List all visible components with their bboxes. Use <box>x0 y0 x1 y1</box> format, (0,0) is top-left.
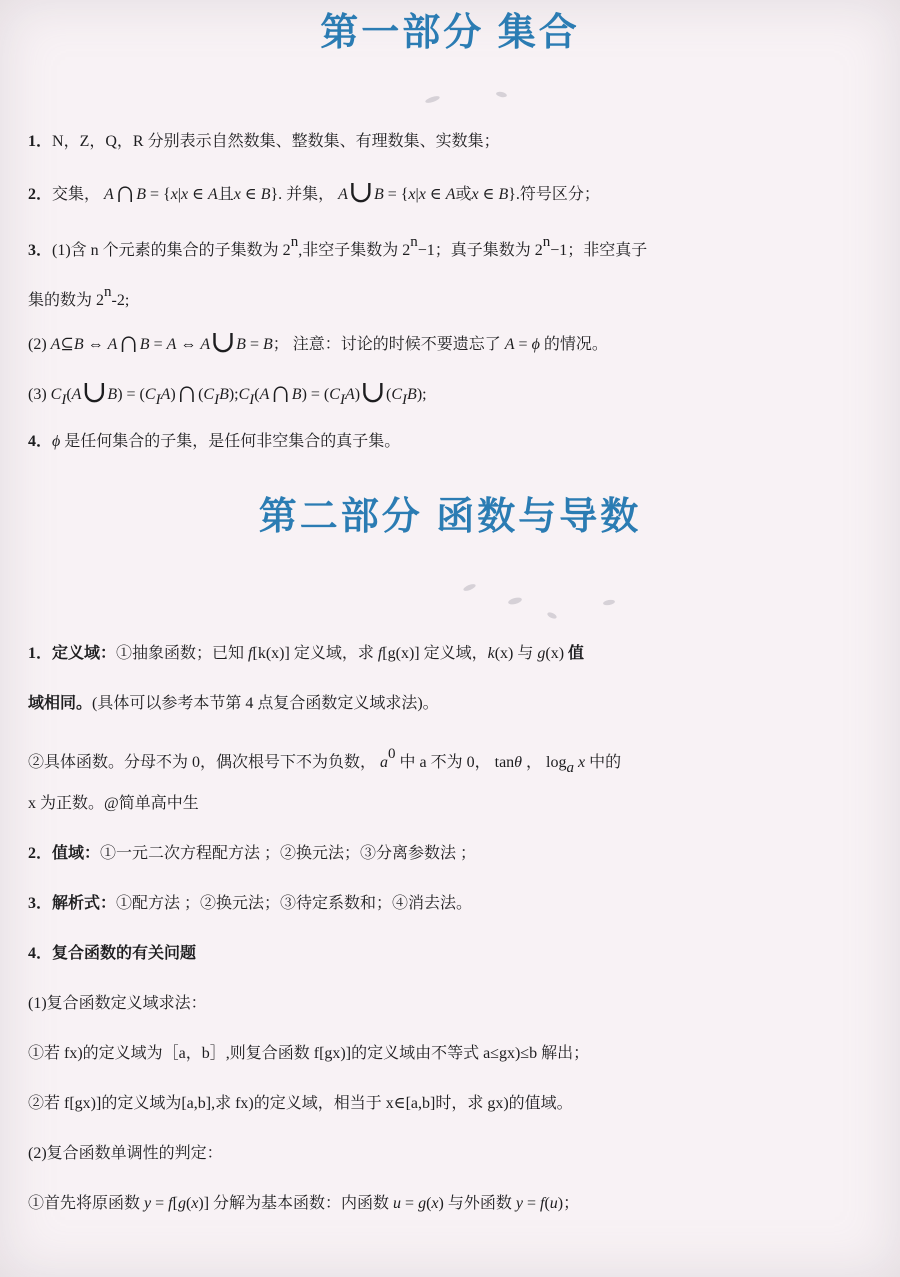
ink-smudge-artifact <box>546 611 557 620</box>
ink-smudge-artifact <box>603 599 616 606</box>
text-line: 4．复合函数的有关问题 <box>28 938 872 970</box>
text-line: 1．N，Z，Q，R 分别表示自然数集、整数集、有理数集、实数集； <box>28 126 872 158</box>
text-line: 2．值域：①一元二次方程配方法 ；②换元法；③分离参数法 ； <box>28 838 872 870</box>
text-line: ②具体函数。分母不为 0，偶次根号下不为负数， a0 中 a 不为 0， tan… <box>28 738 872 770</box>
text-line: 2．交集， A∩B = {x|x ∈ A且x ∈ B}. 并集， A∪B = {… <box>28 176 872 208</box>
text-line: ①首先将原函数 y = f[g(x)] 分解为基本函数：内函数 u = g(x)… <box>28 1188 872 1220</box>
section-2-body: 1．定义域：①抽象函数；已知 f[k(x)] 定义域，求 f[g(x)] 定义域… <box>28 638 872 1220</box>
ink-smudge-artifact <box>496 91 508 98</box>
text-line: 1．定义域：①抽象函数；已知 f[k(x)] 定义域，求 f[g(x)] 定义域… <box>28 638 872 670</box>
text-line: ①若 fx)的定义域为［a，b］,则复合函数 f[gx)]的定义域由不等式 a≤… <box>28 1038 872 1070</box>
section-2-title: 第二部分 函数与导数 <box>28 494 872 540</box>
section-1-title: 第一部分 集合 <box>28 10 872 56</box>
text-line: 3．(1)含 n 个元素的集合的子集数为 2n,非空子集数为 2n−1；真子集数… <box>28 226 872 258</box>
text-line: 4．ϕ 是任何集合的子集，是任何非空集合的真子集。 <box>28 426 872 458</box>
ink-smudge-artifact <box>507 596 522 605</box>
text-line: (1)复合函数定义域求法： <box>28 988 872 1020</box>
text-line: ②若 f[gx)]的定义域为[a,b],求 fx)的定义域，相当于 x∈[a,b… <box>28 1088 872 1120</box>
section-1-body: 1．N，Z，Q，R 分别表示自然数集、整数集、有理数集、实数集；2．交集， A∩… <box>28 126 872 458</box>
ink-smudge-artifact <box>425 95 441 104</box>
text-line: 3．解析式：①配方法 ；②换元法；③待定系数和；④消去法。 <box>28 888 872 920</box>
text-line: 集的数为 2n-2; <box>28 276 872 308</box>
text-line: 域相同。(具体可以参考本节第 4 点复合函数定义域求法)。 <box>28 688 872 720</box>
text-line: (2)复合函数单调性的判定： <box>28 1138 872 1170</box>
document-page: 第一部分 集合 1．N，Z，Q，R 分别表示自然数集、整数集、有理数集、实数集；… <box>0 0 900 1277</box>
text-line: x 为正数。@简单高中生 <box>28 788 872 820</box>
text-line: (3) CI(A∪B) = (CIA)∩(CIB);CI(A∩B) = (CIA… <box>28 376 872 408</box>
ink-smudge-artifact <box>463 583 477 593</box>
text-line: (2) A⊆B ⇔ A∩B = A ⇔ A∪B = B； 注意：讨论的时候不要遗… <box>28 326 872 358</box>
